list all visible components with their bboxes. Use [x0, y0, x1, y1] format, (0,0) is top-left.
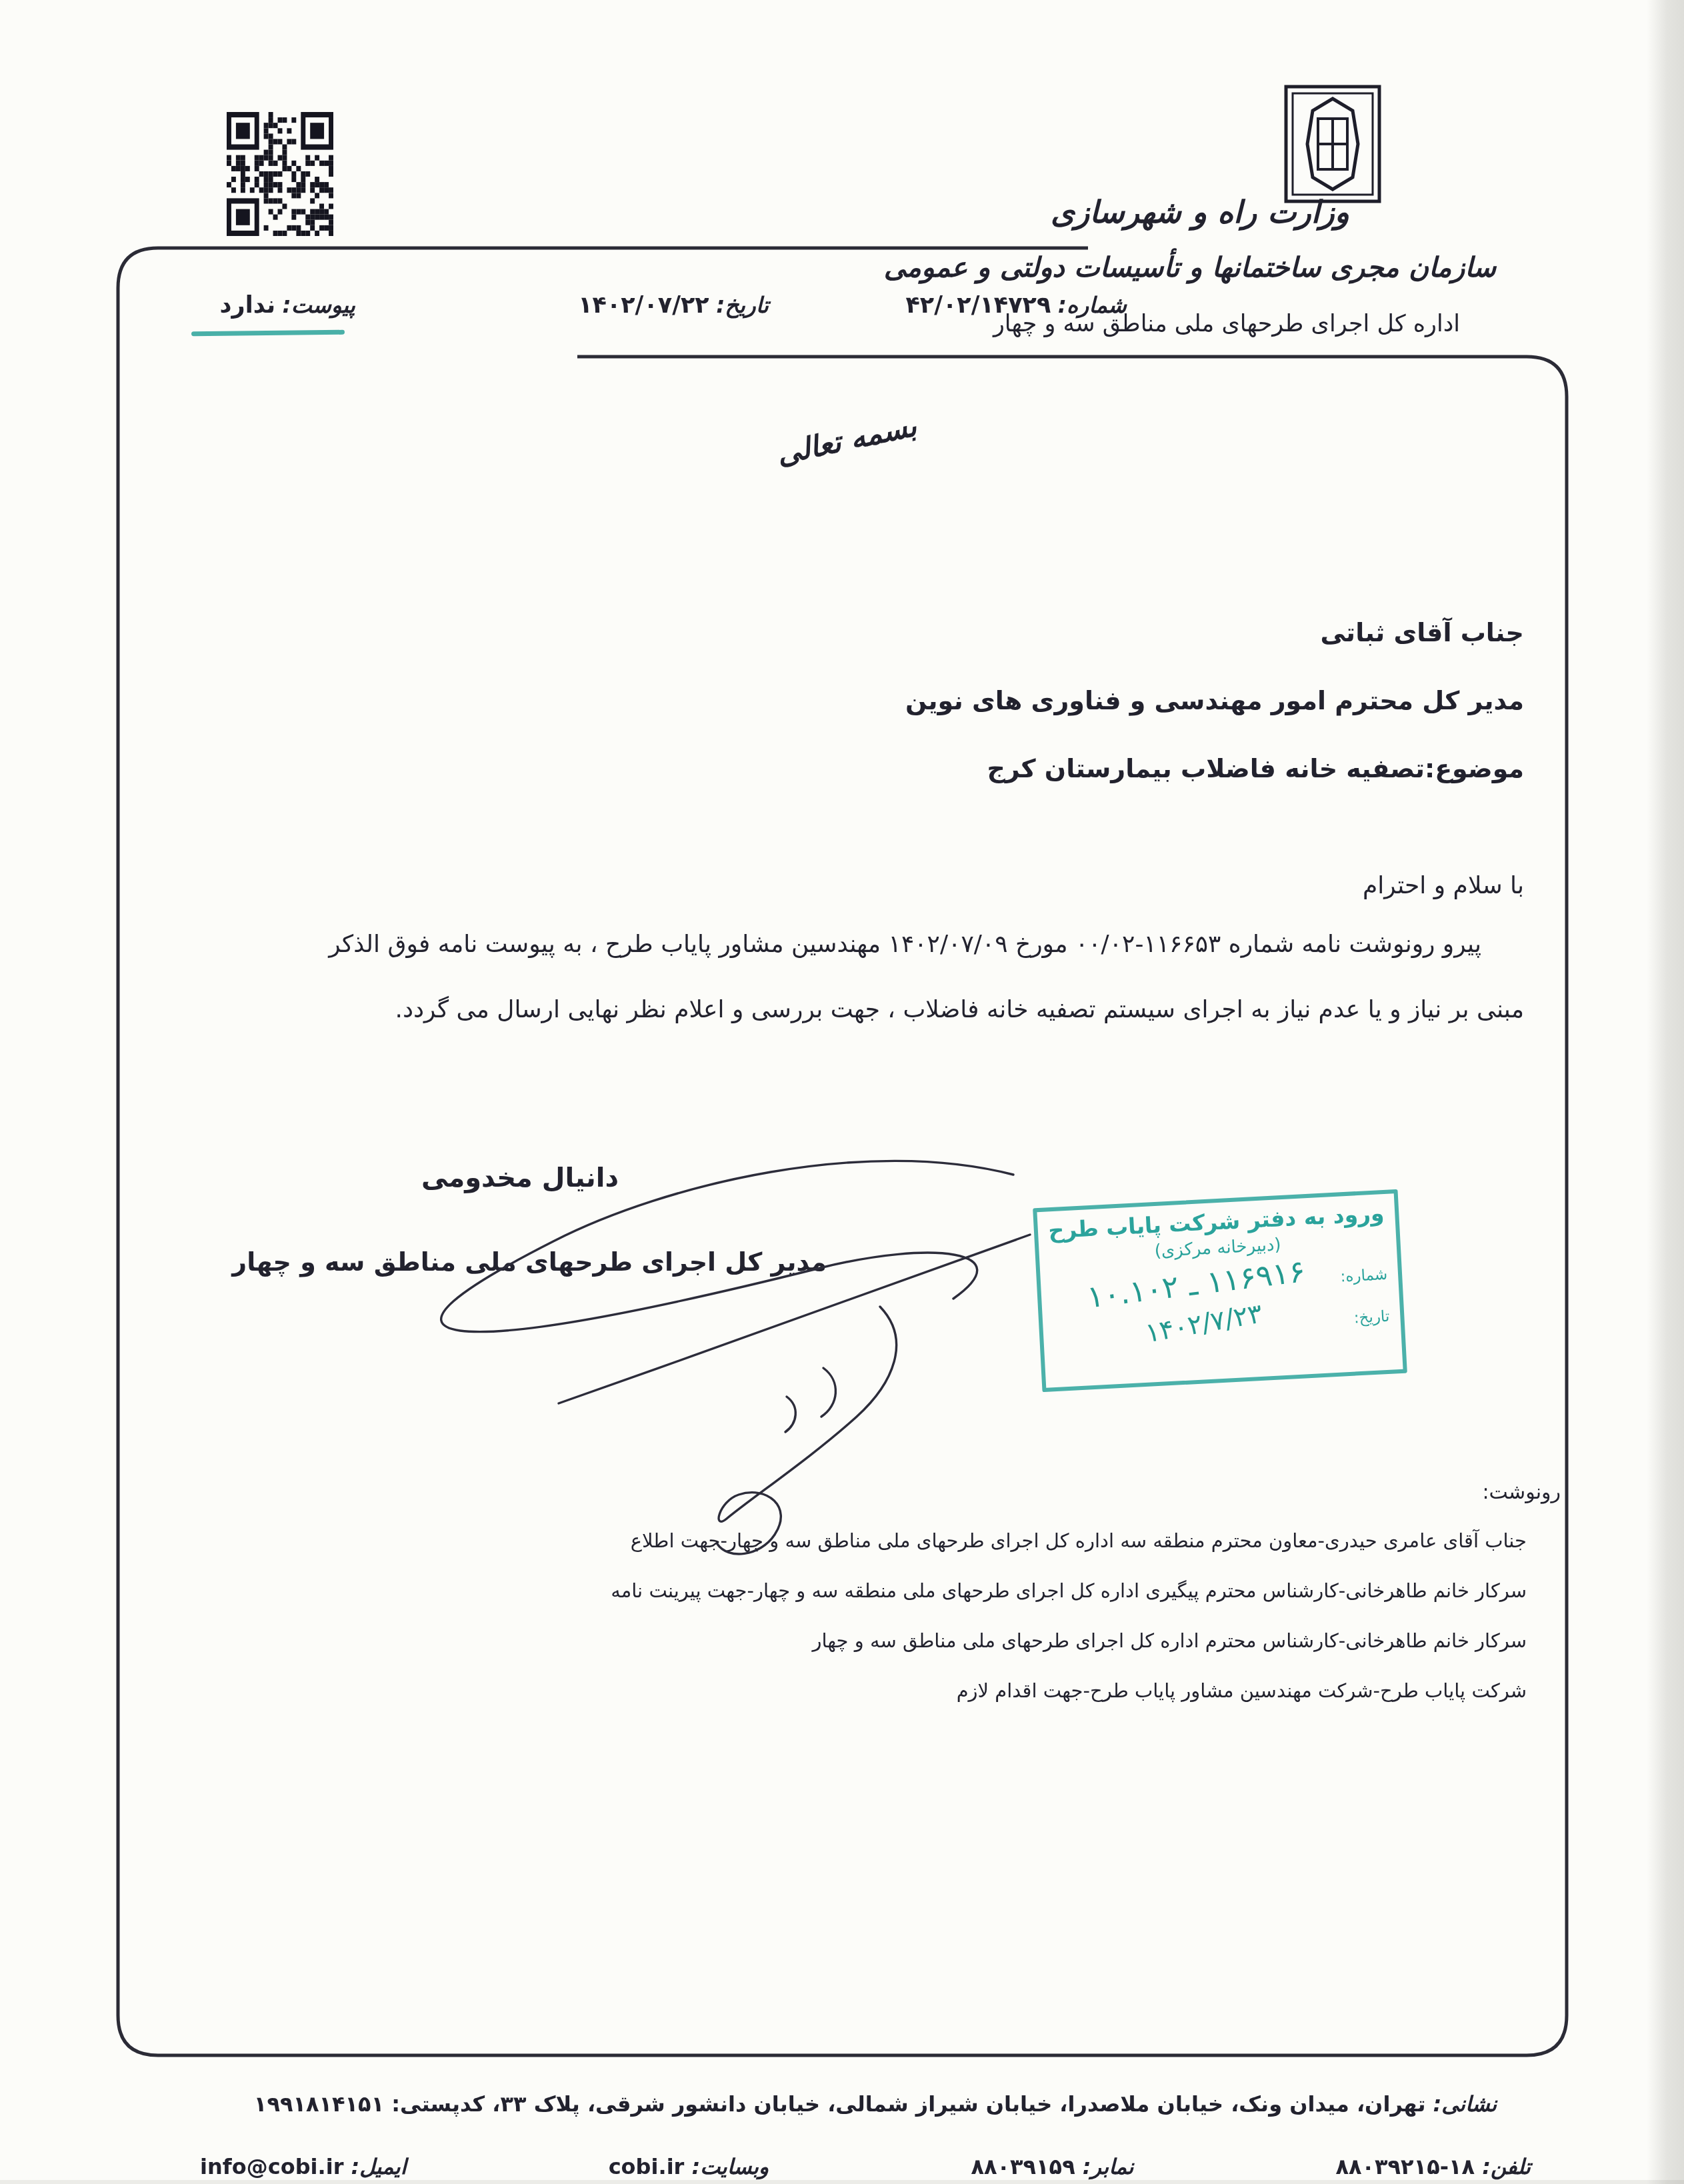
attachment-value: ندارد — [216, 292, 275, 319]
organization-name: سازمان مجری ساختمانها و تأسیسات دولتی و … — [780, 252, 1600, 283]
letter-date-field: تاریخ: ۱۴۰۲/۰۷/۲۲ — [574, 292, 769, 319]
besmellah-calligraphy: بسمه تعالی — [765, 408, 928, 474]
stamp-date-label: تاریخ: — [1353, 1298, 1391, 1327]
attachment-field: پیوست: ندارد — [216, 292, 355, 319]
scan-edge-shadow-bottom — [0, 2180, 1684, 2184]
entry-stamp: ورود به دفتر شرکت پایاب طرح (دبیرخانه مر… — [1033, 1189, 1407, 1392]
footer-phone-label: تلفن: — [1482, 2154, 1531, 2179]
scan-edge-shadow — [1647, 0, 1684, 2184]
footer-website: وبسایت: cobi.ir — [609, 2155, 769, 2179]
footer-address-value: تهران، میدان ونک، خیابان ملاصدرا، خیابان… — [254, 2091, 1426, 2117]
footer-contacts: تلفن: ۱۸-۸۸۰۳۹۲۱۵ نمابر: ۸۸۰۳۹۱۵۹ وبسایت… — [200, 2155, 1531, 2179]
footer-website-label: وبسایت: — [692, 2154, 769, 2179]
recipient-name: جناب آقای ثباتی — [1320, 619, 1524, 648]
footer-website-value: cobi.ir — [609, 2154, 685, 2179]
signature-scribble — [441, 1161, 1030, 1554]
letter-date-label: تاریخ: — [716, 292, 769, 318]
footer-phone-value: ۱۸-۸۸۰۳۹۲۱۵ — [1335, 2154, 1475, 2179]
footer-phone: تلفن: ۱۸-۸۸۰۳۹۲۱۵ — [1335, 2155, 1531, 2179]
cc-item: شرکت پایاب طرح-شرکت مهندسین مشاور پایاب … — [957, 1680, 1527, 1702]
footer-email-label: ایمیل: — [351, 2154, 407, 2179]
letter-number-label: شماره: — [1058, 292, 1127, 318]
body-line-1: پیرو رونوشت نامه شماره ۱۱۶۶۵۳-۰۰/۰۲ مورخ… — [133, 931, 1524, 958]
cc-label: رونوشت: — [1482, 1481, 1561, 1505]
ministry-name: وزارت راه و شهرسازی — [927, 195, 1473, 230]
footer-address: نشانی: تهران، میدان ونک، خیابان ملاصدرا،… — [213, 2092, 1537, 2117]
cc-item: سرکار خانم طاهرخانی-کارشناس محترم اداره … — [812, 1630, 1527, 1652]
attachment-label: پیوست: — [283, 292, 355, 318]
letter-number-field: شماره: ۴۲/۰۲/۱۴۷۲۹ — [901, 292, 1127, 319]
scanned-letter-page: وزارت راه و شهرسازی سازمان مجری ساختمانه… — [0, 0, 1684, 2184]
salutation: با سلام و احترام — [1363, 872, 1524, 899]
letter-number-value: ۴۲/۰۲/۱۴۷۲۹ — [901, 292, 1051, 319]
signature-name: دانیال مخدومی — [400, 1163, 640, 1193]
ministry-emblem-icon — [1283, 84, 1382, 204]
footer-address-label: نشانی: — [1433, 2091, 1497, 2117]
qr-code-icon — [227, 112, 333, 236]
footer-email-value: info@cobi.ir — [200, 2154, 343, 2179]
footer-fax-value: ۸۸۰۳۹۱۵۹ — [971, 2154, 1075, 2179]
footer-email: ایمیل: info@cobi.ir — [200, 2155, 407, 2179]
body-line-2: مبنی بر نیاز و یا عدم نیاز به اجرای سیست… — [133, 996, 1524, 1023]
qr-code-pattern — [227, 112, 333, 236]
footer-fax: نمابر: ۸۸۰۳۹۱۵۹ — [971, 2155, 1133, 2179]
letter-date-value: ۱۴۰۲/۰۷/۲۲ — [574, 292, 709, 319]
stamp-number-label: شماره: — [1339, 1257, 1388, 1286]
letter-frame — [118, 248, 1567, 2055]
recipient-title: مدیر کل محترم امور مهندسی و فناوری های ن… — [905, 687, 1524, 716]
attachment-teal-underline — [191, 330, 345, 336]
cc-item: سرکار خانم طاهرخانی-کارشناس محترم پیگیری… — [611, 1580, 1527, 1602]
signature-role: مدیر کل اجرای طرحهای ملی مناطق سه و چهار — [240, 1248, 827, 1277]
cc-item: جناب آقای عامری حیدری-معاون محترم منطقه … — [631, 1530, 1527, 1552]
letter-subject: موضوع:تصفیه خانه فاضلاب بیمارستان کرج — [987, 755, 1524, 784]
footer-fax-label: نمابر: — [1083, 2154, 1134, 2179]
